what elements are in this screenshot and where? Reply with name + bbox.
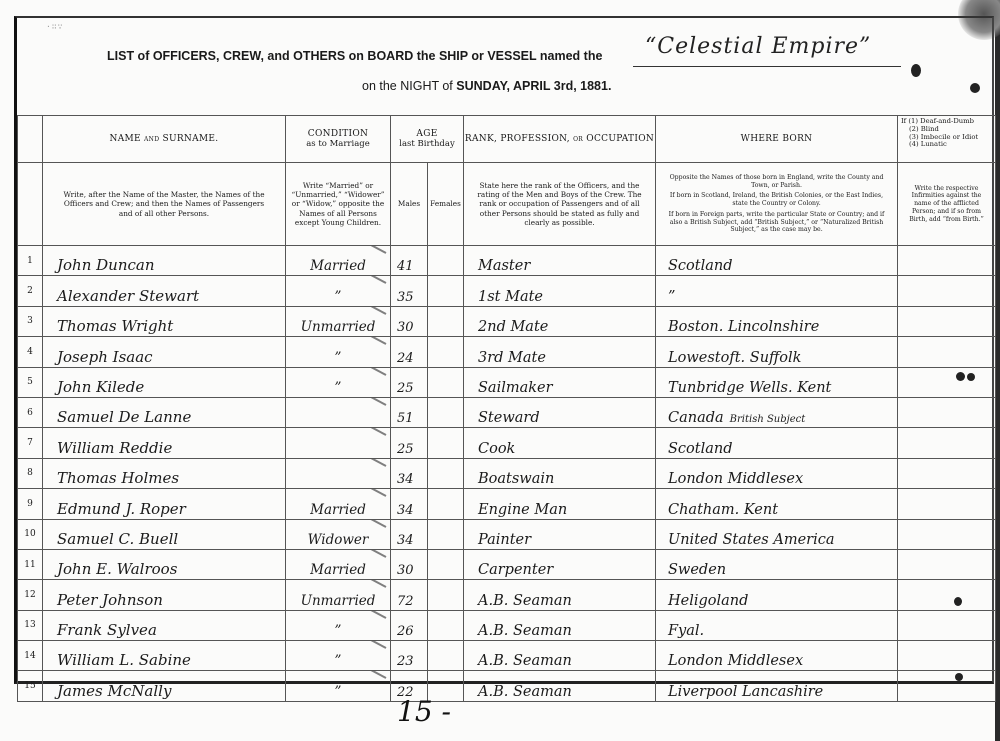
tally-slash-mark [333,489,387,497]
instr-num [18,163,43,246]
age-male: 34 [391,489,428,519]
header-num [18,116,43,163]
row-number: 4 [18,337,43,367]
table-row: 2 Alexander Stewart ” 35 1st Mate ” [18,276,996,306]
tally-slash-mark [333,458,387,466]
birthplace-text: United States America [668,532,835,548]
occupation: Sailmaker [464,367,656,397]
row-number: 15 [18,671,43,701]
infirmity [898,610,996,640]
marital-condition: Unmarried [286,306,391,336]
condition-text: ” [335,653,342,669]
birthplace-text: London Middlesex [668,653,803,669]
age-female [428,549,464,579]
tally-slash-mark [333,337,387,345]
occupation: A.B. Seaman [464,671,656,701]
row-number: 3 [18,306,43,336]
age-male: 25 [391,367,428,397]
person-name: James McNally [43,671,286,701]
occupation: 1st Mate [464,276,656,306]
age-female [428,580,464,610]
birthplace-text: Tunbridge Wells. Kent [668,380,831,396]
infirmity [898,580,996,610]
instr-condition: Write “Married” or “Unmarried,” “Widower… [286,163,391,246]
census-date: SUNDAY, APRIL 3rd, 1881. [456,79,611,93]
row-number: 7 [18,428,43,458]
marital-condition: ” [286,610,391,640]
birthplace: CanadaBritish Subject [656,397,898,427]
person-name: Frank Sylvea [43,610,286,640]
title-text: LIST of OFFICERS, CREW, and OTHERS on BO… [107,49,602,63]
date-prefix: on the NIGHT of [362,79,453,93]
occupation: Steward [464,397,656,427]
marital-condition: ” [286,276,391,306]
vessel-name-underline [633,66,901,67]
marital-condition: ” [286,367,391,397]
table-row: 8 Thomas Holmes 34 Boatswain London Midd… [18,458,996,488]
person-name: John Kilede [43,367,286,397]
age-male: 35 [391,276,428,306]
birthplace: Liverpool Lancashire [656,671,898,701]
occupation: A.B. Seaman [464,580,656,610]
occupation: Cook [464,428,656,458]
infirmity [898,337,996,367]
condition-text: ” [335,684,342,700]
age-male: 30 [391,306,428,336]
header-occupation: RANK, PROFESSION, or OCCUPATION [464,116,656,163]
born-instr-england: Opposite the Names of those born in Engl… [662,174,891,190]
row-number: 2 [18,276,43,306]
marital-condition: Widower [286,519,391,549]
document-title: LIST of OFFICERS, CREW, and OTHERS on BO… [107,49,602,63]
infirmity-option-4: (4) Lunatic [901,141,995,149]
born-instr-colonies: If born in Scotland, Ireland, the Britis… [662,192,891,208]
table-row: 5 John Kilede ” 25 Sailmaker Tunbridge W… [18,367,996,397]
marital-condition: Married [286,549,391,579]
age-male: 41 [391,246,428,276]
born-instr-foreign: If born in Foreign parts, write the part… [662,211,891,234]
tally-slash-mark [333,397,387,405]
person-name: Alexander Stewart [43,276,286,306]
tally-slash-mark [333,367,387,375]
infirmity [898,397,996,427]
instr-infirmity: Write the respective Infirmities against… [898,163,996,246]
person-name: Peter Johnson [43,580,286,610]
birthplace: Scotland [656,428,898,458]
row-number: 6 [18,397,43,427]
row-number: 11 [18,549,43,579]
tally-slash-mark [333,306,387,314]
occupation: Boatswain [464,458,656,488]
table-row: 10 Samuel C. Buell Widower 34 Painter Un… [18,519,996,549]
condition-text: ” [335,350,342,366]
infirmity [898,671,996,701]
occupation: Carpenter [464,549,656,579]
instr-females: Females [428,163,464,246]
infirmity [898,641,996,671]
age-female [428,458,464,488]
birthplace-text: Lowestoft. Suffolk [668,350,801,366]
condition-text: Married [310,502,366,518]
age-female [428,276,464,306]
age-male: 25 [391,428,428,458]
row-number: 12 [18,580,43,610]
row-number: 10 [18,519,43,549]
condition-text: ” [335,380,342,396]
infirmity [898,246,996,276]
birthplace: London Middlesex [656,641,898,671]
birthplace: Sweden [656,549,898,579]
birthplace-text: Scotland [668,258,733,274]
document-date-line: on the NIGHT of SUNDAY, APRIL 3rd, 1881. [362,79,611,93]
marital-condition: ” [286,641,391,671]
person-name: Joseph Isaac [43,337,286,367]
header-condition: CONDITIONas to Marriage [286,116,391,163]
age-male: 26 [391,610,428,640]
table-row: 6 Samuel De Lanne 51 Steward CanadaBriti… [18,397,996,427]
birthplace: Boston. Lincolnshire [656,306,898,336]
infirmity [898,458,996,488]
occupation: 3rd Mate [464,337,656,367]
header-condition-sub: as to Marriage [306,139,370,149]
age-male: 34 [391,519,428,549]
corner-mark: ·∷∵ [46,22,63,31]
row-number: 1 [18,246,43,276]
table-row: 14 William L. Sabine ” 23 A.B. Seaman Lo… [18,641,996,671]
occupation: A.B. Seaman [464,641,656,671]
age-female [428,519,464,549]
birthplace-text: Canada [668,410,724,426]
age-female [428,306,464,336]
birthplace: ” [656,276,898,306]
table-row: 13 Frank Sylvea ” 26 A.B. Seaman Fyal. [18,610,996,640]
birthplace-text: Boston. Lincolnshire [668,319,819,335]
person-name: Samuel De Lanne [43,397,286,427]
age-female [428,489,464,519]
occupation: 2nd Mate [464,306,656,336]
birthplace-text: Fyal. [668,623,704,639]
condition-text: Widower [308,532,369,548]
age-female [428,397,464,427]
age-male: 30 [391,549,428,579]
tally-slash-mark [333,671,387,679]
header-age-title: AGE [416,129,437,139]
infirmity [898,306,996,336]
crew-table: NAME and SURNAME. CONDITIONas to Marriag… [17,115,996,702]
header-name: NAME and SURNAME. [43,116,286,163]
birthplace-text: London Middlesex [668,471,803,487]
page-total-count: 15 - [397,695,451,728]
infirmity [898,276,996,306]
tally-slash-mark [333,428,387,436]
tally-slash-mark [333,276,387,284]
infirmity [898,367,996,397]
table-row: 4 Joseph Isaac ” 24 3rd Mate Lowestoft. … [18,337,996,367]
table-row: 9 Edmund J. Roper Married 34 Engine Man … [18,489,996,519]
tally-slash-mark [333,580,387,588]
header-condition-title: CONDITION [308,129,368,139]
birthplace-note: British Subject [730,414,806,425]
marital-condition [286,458,391,488]
person-name: Edmund J. Roper [43,489,286,519]
age-female [428,641,464,671]
infirmity [898,489,996,519]
marital-condition: Unmarried [286,580,391,610]
person-name: Thomas Wright [43,306,286,336]
row-number: 13 [18,610,43,640]
birthplace: London Middlesex [656,458,898,488]
table-row: 11 John E. Walroos Married 30 Carpenter … [18,549,996,579]
person-name: William Reddie [43,428,286,458]
occupation: A.B. Seaman [464,610,656,640]
birthplace-text: Sweden [668,562,726,578]
marital-condition: Married [286,489,391,519]
marital-condition [286,428,391,458]
age-male: 34 [391,458,428,488]
birthplace: Chatham. Kent [656,489,898,519]
birthplace: Fyal. [656,610,898,640]
table-row: 1 John Duncan Married 41 Master Scotland [18,246,996,276]
condition-text: ” [335,623,342,639]
age-female [428,610,464,640]
age-male: 72 [391,580,428,610]
table-row: 12 Peter Johnson Unmarried 72 A.B. Seama… [18,580,996,610]
instr-males: Males [391,163,428,246]
crew-rows: 1 John Duncan Married 41 Master Scotland… [18,246,996,702]
header-where-born: WHERE BORN [656,116,898,163]
header-row: NAME and SURNAME. CONDITIONas to Marriag… [18,116,996,163]
birthplace-text: Heligoland [668,593,748,609]
condition-text: Unmarried [301,593,376,609]
instruction-row: Write, after the Name of the Master, the… [18,163,996,246]
person-name: John E. Walroos [43,549,286,579]
infirmity [898,428,996,458]
instr-where-born: Opposite the Names of those born in Engl… [656,163,898,246]
infirmity [898,549,996,579]
birthplace: Tunbridge Wells. Kent [656,367,898,397]
birthplace-text: Liverpool Lancashire [668,684,823,700]
birthplace: Heligoland [656,580,898,610]
row-number: 5 [18,367,43,397]
birthplace: United States America [656,519,898,549]
row-number: 8 [18,458,43,488]
birthplace: Lowestoft. Suffolk [656,337,898,367]
table-row: 7 William Reddie 25 Cook Scotland [18,428,996,458]
person-name: John Duncan [43,246,286,276]
instr-name: Write, after the Name of the Master, the… [43,163,286,246]
birthplace-text: Scotland [668,441,733,457]
condition-text: Married [310,258,366,274]
condition-text: Unmarried [301,319,376,335]
age-male: 51 [391,397,428,427]
age-male: 24 [391,337,428,367]
tally-slash-mark [333,610,387,618]
age-female [428,428,464,458]
occupation: Engine Man [464,489,656,519]
condition-text: ” [335,289,342,305]
infirmity [898,519,996,549]
birthplace-text: ” [668,289,675,305]
birthplace: Scotland [656,246,898,276]
person-name: Samuel C. Buell [43,519,286,549]
age-male: 23 [391,641,428,671]
person-name: Thomas Holmes [43,458,286,488]
vessel-name: “Celestial Empire” [645,34,871,59]
age-female [428,337,464,367]
marital-condition [286,397,391,427]
marital-condition: ” [286,337,391,367]
tally-slash-mark [333,519,387,527]
person-name: William L. Sabine [43,641,286,671]
tally-slash-mark [333,246,387,254]
header-age-sub: last Birthday [399,139,455,149]
occupation: Master [464,246,656,276]
marital-condition: ” [286,671,391,701]
birthplace-text: Chatham. Kent [668,502,778,518]
age-female [428,367,464,397]
instr-occupation: State here the rank of the Officers, and… [464,163,656,246]
header-infirmity: If (1) Deaf-and-Dumb (2) Blind (3) Imbec… [898,116,996,163]
occupation: Painter [464,519,656,549]
table-row: 3 Thomas Wright Unmarried 30 2nd Mate Bo… [18,306,996,336]
row-number: 14 [18,641,43,671]
condition-text: Married [310,562,366,578]
tally-slash-mark [333,549,387,557]
marital-condition: Married [286,246,391,276]
age-female [428,246,464,276]
row-number: 9 [18,489,43,519]
table-row: 15 James McNally ” 22 A.B. Seaman Liverp… [18,671,996,701]
header-age: AGElast Birthday [391,116,464,163]
tally-slash-mark [333,641,387,649]
